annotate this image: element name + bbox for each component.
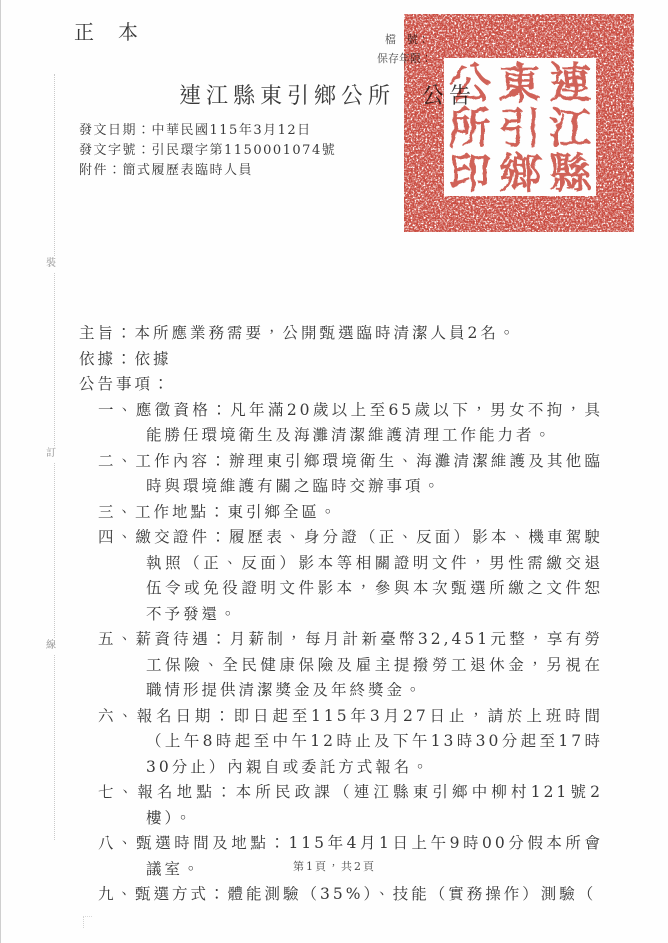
items-header: 公告事項： — [79, 372, 603, 398]
page-number-footer: 第1頁，共2頁 — [1, 858, 668, 874]
seal-char: 公 — [449, 59, 491, 108]
item-text: 報名地點：本所民政課（連江縣東引鄉中柳村121號2樓）。 — [137, 783, 603, 827]
announcement-item-2: 二、工作內容：辦理東引鄉環境衛生、海灘清潔維護及其他臨時與環境維護有關之臨時交辦… — [79, 449, 603, 500]
seal-char: 所 — [449, 104, 491, 153]
subject-line: 主旨：本所應業務需要，公開甄選臨時清潔人員2名。 — [79, 321, 603, 347]
doc-number-line: 發文字號：引民環字第1150001074號 — [79, 141, 336, 161]
seal-char: 縣 — [549, 149, 592, 198]
item-number: 四、 — [98, 528, 135, 546]
item-text: 薪資待遇：月薪制，每月計新臺幣32,451元整，享有勞工保險、全民健康保險及雇主… — [136, 630, 603, 699]
announcement-item-7: 七、報名地點：本所民政課（連江縣東引鄉中柳村121號2樓）。 — [79, 780, 603, 831]
item-text: 工作地點：東引鄉全區。 — [135, 503, 339, 521]
seal-char: 東 — [499, 59, 541, 108]
announcement-item-4: 四、繳交證件：履歷表、身分證（正、反面）影本、機車駕駛執照（正、反面）影本等相關… — [79, 525, 603, 627]
item-text: 甄選方式：體能測驗（35%）、技能（實務操作）測驗（ — [135, 885, 596, 903]
item-number: 二、 — [98, 452, 135, 470]
official-seal-stamp: 公 所 印 東 引 鄉 連 江 縣 — [404, 14, 634, 232]
announcement-body: 主旨：本所應業務需要，公開甄選臨時清潔人員2名。 依據：依據 公告事項： 一、應… — [79, 321, 603, 908]
item-text: 工作內容：辦理東引鄉環境衛生、海灘清潔維護及其他臨時與環境維護有關之臨時交辦事項… — [135, 452, 603, 496]
document-meta-block: 發文日期：中華民國115年3月12日 發文字號：引民環字第1150001074號… — [79, 121, 336, 181]
announcement-item-6: 六、報名日期：即日起至115年3月27日止，請於上班時間（上午8時起至中午12時… — [79, 704, 603, 781]
item-number: 八、 — [98, 834, 136, 852]
seal-char: 印 — [449, 149, 491, 198]
item-number: 一、 — [98, 401, 136, 419]
attachment-line: 附件：簡式履歷表臨時人員 — [79, 161, 336, 181]
issue-date-line: 發文日期：中華民國115年3月12日 — [79, 121, 336, 141]
item-text: 報名日期：即日起至115年3月27日止，請於上班時間（上午8時起至中午12時止及… — [137, 707, 603, 776]
seal-script-characters: 公 所 印 東 引 鄉 連 江 縣 — [449, 59, 592, 198]
item-number: 三、 — [98, 503, 135, 521]
copy-type-label: 正 本 — [74, 16, 140, 45]
binding-mark-zhuang: 裝 — [45, 256, 57, 272]
scan-smudge-artifact — [83, 916, 92, 928]
item-text: 繳交證件：履歷表、身分證（正、反面）影本、機車駕駛執照（正、反面）影本等相關證明… — [135, 528, 603, 623]
item-number: 九、 — [98, 885, 135, 903]
binding-mark-xian: 線 — [45, 638, 57, 654]
announcement-item-1: 一、應徵資格：凡年滿20歲以上至65歲以下，男女不拘，具能勝任環境衛生及海灘清潔… — [79, 398, 603, 449]
item-number: 五、 — [98, 630, 136, 648]
item-text: 應徵資格：凡年滿20歲以上至65歲以下，男女不拘，具能勝任環境衛生及海灘清潔維護… — [136, 401, 603, 445]
item-number: 七、 — [98, 783, 137, 801]
item-number: 六、 — [98, 707, 137, 725]
seal-char: 引 — [499, 104, 541, 153]
announcement-item-3: 三、工作地點：東引鄉全區。 — [79, 500, 603, 526]
announcement-item-8: 八、甄選時間及地點：115年4月1日上午9時00分假本所會議室。 — [79, 831, 603, 882]
basis-line: 依據：依據 — [79, 347, 603, 373]
binding-mark-ding: 訂 — [45, 446, 57, 462]
seal-char: 江 — [549, 104, 591, 153]
announcement-item-9: 九、甄選方式：體能測驗（35%）、技能（實務操作）測驗（ — [79, 882, 603, 908]
announcement-item-5: 五、薪資待遇：月薪制，每月計新臺幣32,451元整，享有勞工保險、全民健康保險及… — [79, 627, 603, 704]
seal-char: 連 — [549, 59, 591, 108]
document-page: 正 本 檔 號： 保存年限： 連江縣東引鄉公所 公告 發文日期：中華民國115年… — [0, 0, 668, 943]
seal-char: 鄉 — [499, 149, 541, 198]
